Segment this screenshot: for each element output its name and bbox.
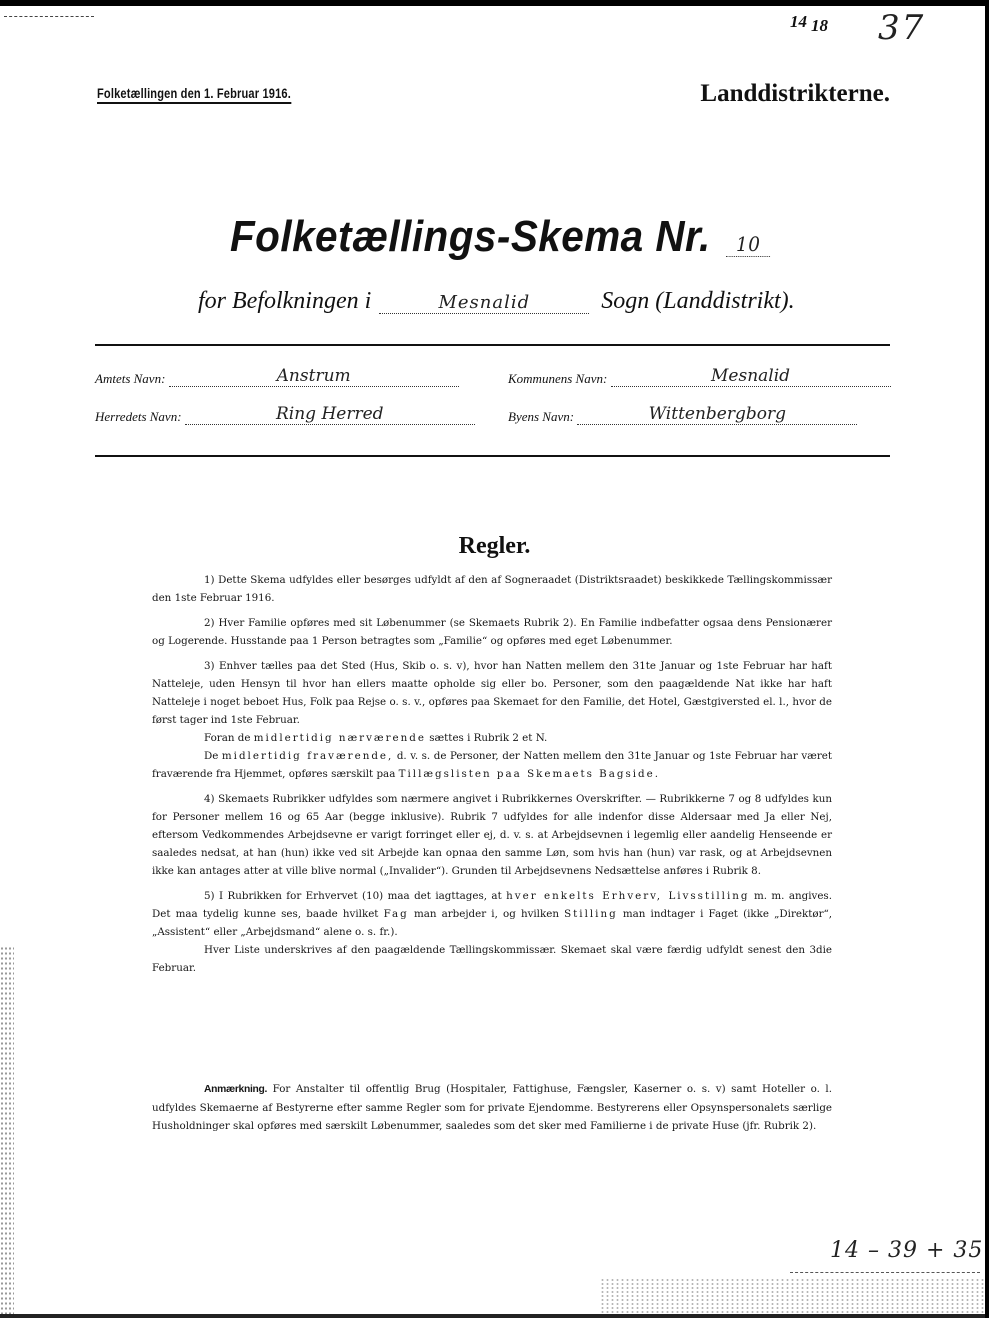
by-field: Byens Navn: Wittenbergborg — [508, 404, 857, 425]
census-date: Folketællingen den 1. Februar 1916. — [97, 86, 291, 104]
census-form-page: 1418 37 Folketællingen den 1. Februar 19… — [0, 6, 985, 1318]
divider — [95, 344, 890, 346]
text: sættes i Rubrik 2 et N. — [429, 732, 547, 744]
herred-value: Ring Herred — [185, 404, 475, 425]
rule-5: 5) I Rubrikken for Erhvervet (10) maa de… — [152, 887, 832, 941]
handwritten-tally: 14 – 39 + 35 — [830, 1238, 983, 1263]
parish-suffix: Sogn (Landdistrikt). — [601, 288, 794, 314]
kommune-field: Kommunens Navn: Mesnalid — [508, 366, 891, 387]
archive-number: 14 — [790, 12, 807, 31]
archive-number: 18 — [811, 16, 828, 35]
amt-value: Anstrum — [169, 366, 459, 387]
emphasis: Fag — [384, 908, 409, 920]
by-label: Byens Navn: — [508, 409, 574, 425]
emphasis: midlertidig nærværende — [254, 732, 426, 744]
rule-3b: Foran de midlertidig nærværende sættes i… — [152, 729, 832, 747]
rule-3c: De midlertidig fraværende, d. v. s. de P… — [152, 747, 832, 783]
emphasis: Tillægslisten paa Skemaets Bagside. — [399, 768, 660, 780]
amt-label: Amtets Navn: — [95, 371, 165, 387]
text: 5) I Rubrikken for Erhvervet (10) maa de… — [204, 890, 502, 902]
amt-field: Amtets Navn: Anstrum — [95, 366, 459, 387]
form-title-text: Folketællings-Skema Nr. — [230, 212, 711, 261]
emphasis: midlertidig fraværende, — [222, 750, 393, 762]
form-title: Folketællings-Skema Nr. 10 — [230, 212, 770, 262]
scan-noise — [0, 946, 14, 1318]
rule-4: 4) Skemaets Rubrikker udfyldes som nærme… — [152, 790, 832, 880]
rule-6: Hver Liste underskrives af den paagælden… — [152, 941, 832, 977]
text: De — [204, 750, 218, 762]
text: man arbejder i, og hvilken — [414, 908, 559, 920]
kommune-label: Kommunens Navn: — [508, 371, 607, 387]
rule-1: 1) Dette Skema udfyldes eller besørges u… — [152, 571, 832, 607]
rules-title: Regler. — [0, 533, 985, 560]
parish-name: Mesnalid — [379, 292, 589, 314]
emphasis: Stilling — [564, 908, 618, 920]
parish-line: for Befolkningen i Mesnalid Sogn (Landdi… — [198, 288, 795, 315]
rule-3: 3) Enhver tælles paa det Sted (Hus, Skib… — [152, 657, 832, 729]
scan-artifact — [4, 16, 94, 17]
by-value: Wittenbergborg — [577, 404, 857, 425]
divider — [95, 455, 890, 457]
herred-label: Herredets Navn: — [95, 409, 182, 425]
rule-2: 2) Hver Familie opføres med sit Løbenumm… — [152, 614, 832, 650]
district-type: Landdistrikterne. — [700, 80, 890, 108]
kommune-value: Mesnalid — [611, 366, 891, 387]
remark: Anmærkning. For Anstalter til offentlig … — [152, 1080, 832, 1135]
form-number: 10 — [726, 232, 770, 257]
folio-number: 37 — [878, 8, 925, 48]
remark-label: Anmærkning. — [204, 1084, 267, 1095]
emphasis: hver enkelts Erhverv, Livsstilling — [506, 890, 749, 902]
rules-body: 1) Dette Skema udfyldes eller besørges u… — [152, 571, 832, 984]
scan-edge — [0, 1314, 985, 1318]
text: Foran de — [204, 732, 250, 744]
archive-numbers: 1418 — [790, 12, 828, 32]
parish-prefix: for Befolkningen i — [198, 288, 371, 314]
scan-noise — [600, 1278, 985, 1318]
divider — [790, 1272, 980, 1273]
herred-field: Herredets Navn: Ring Herred — [95, 404, 475, 425]
